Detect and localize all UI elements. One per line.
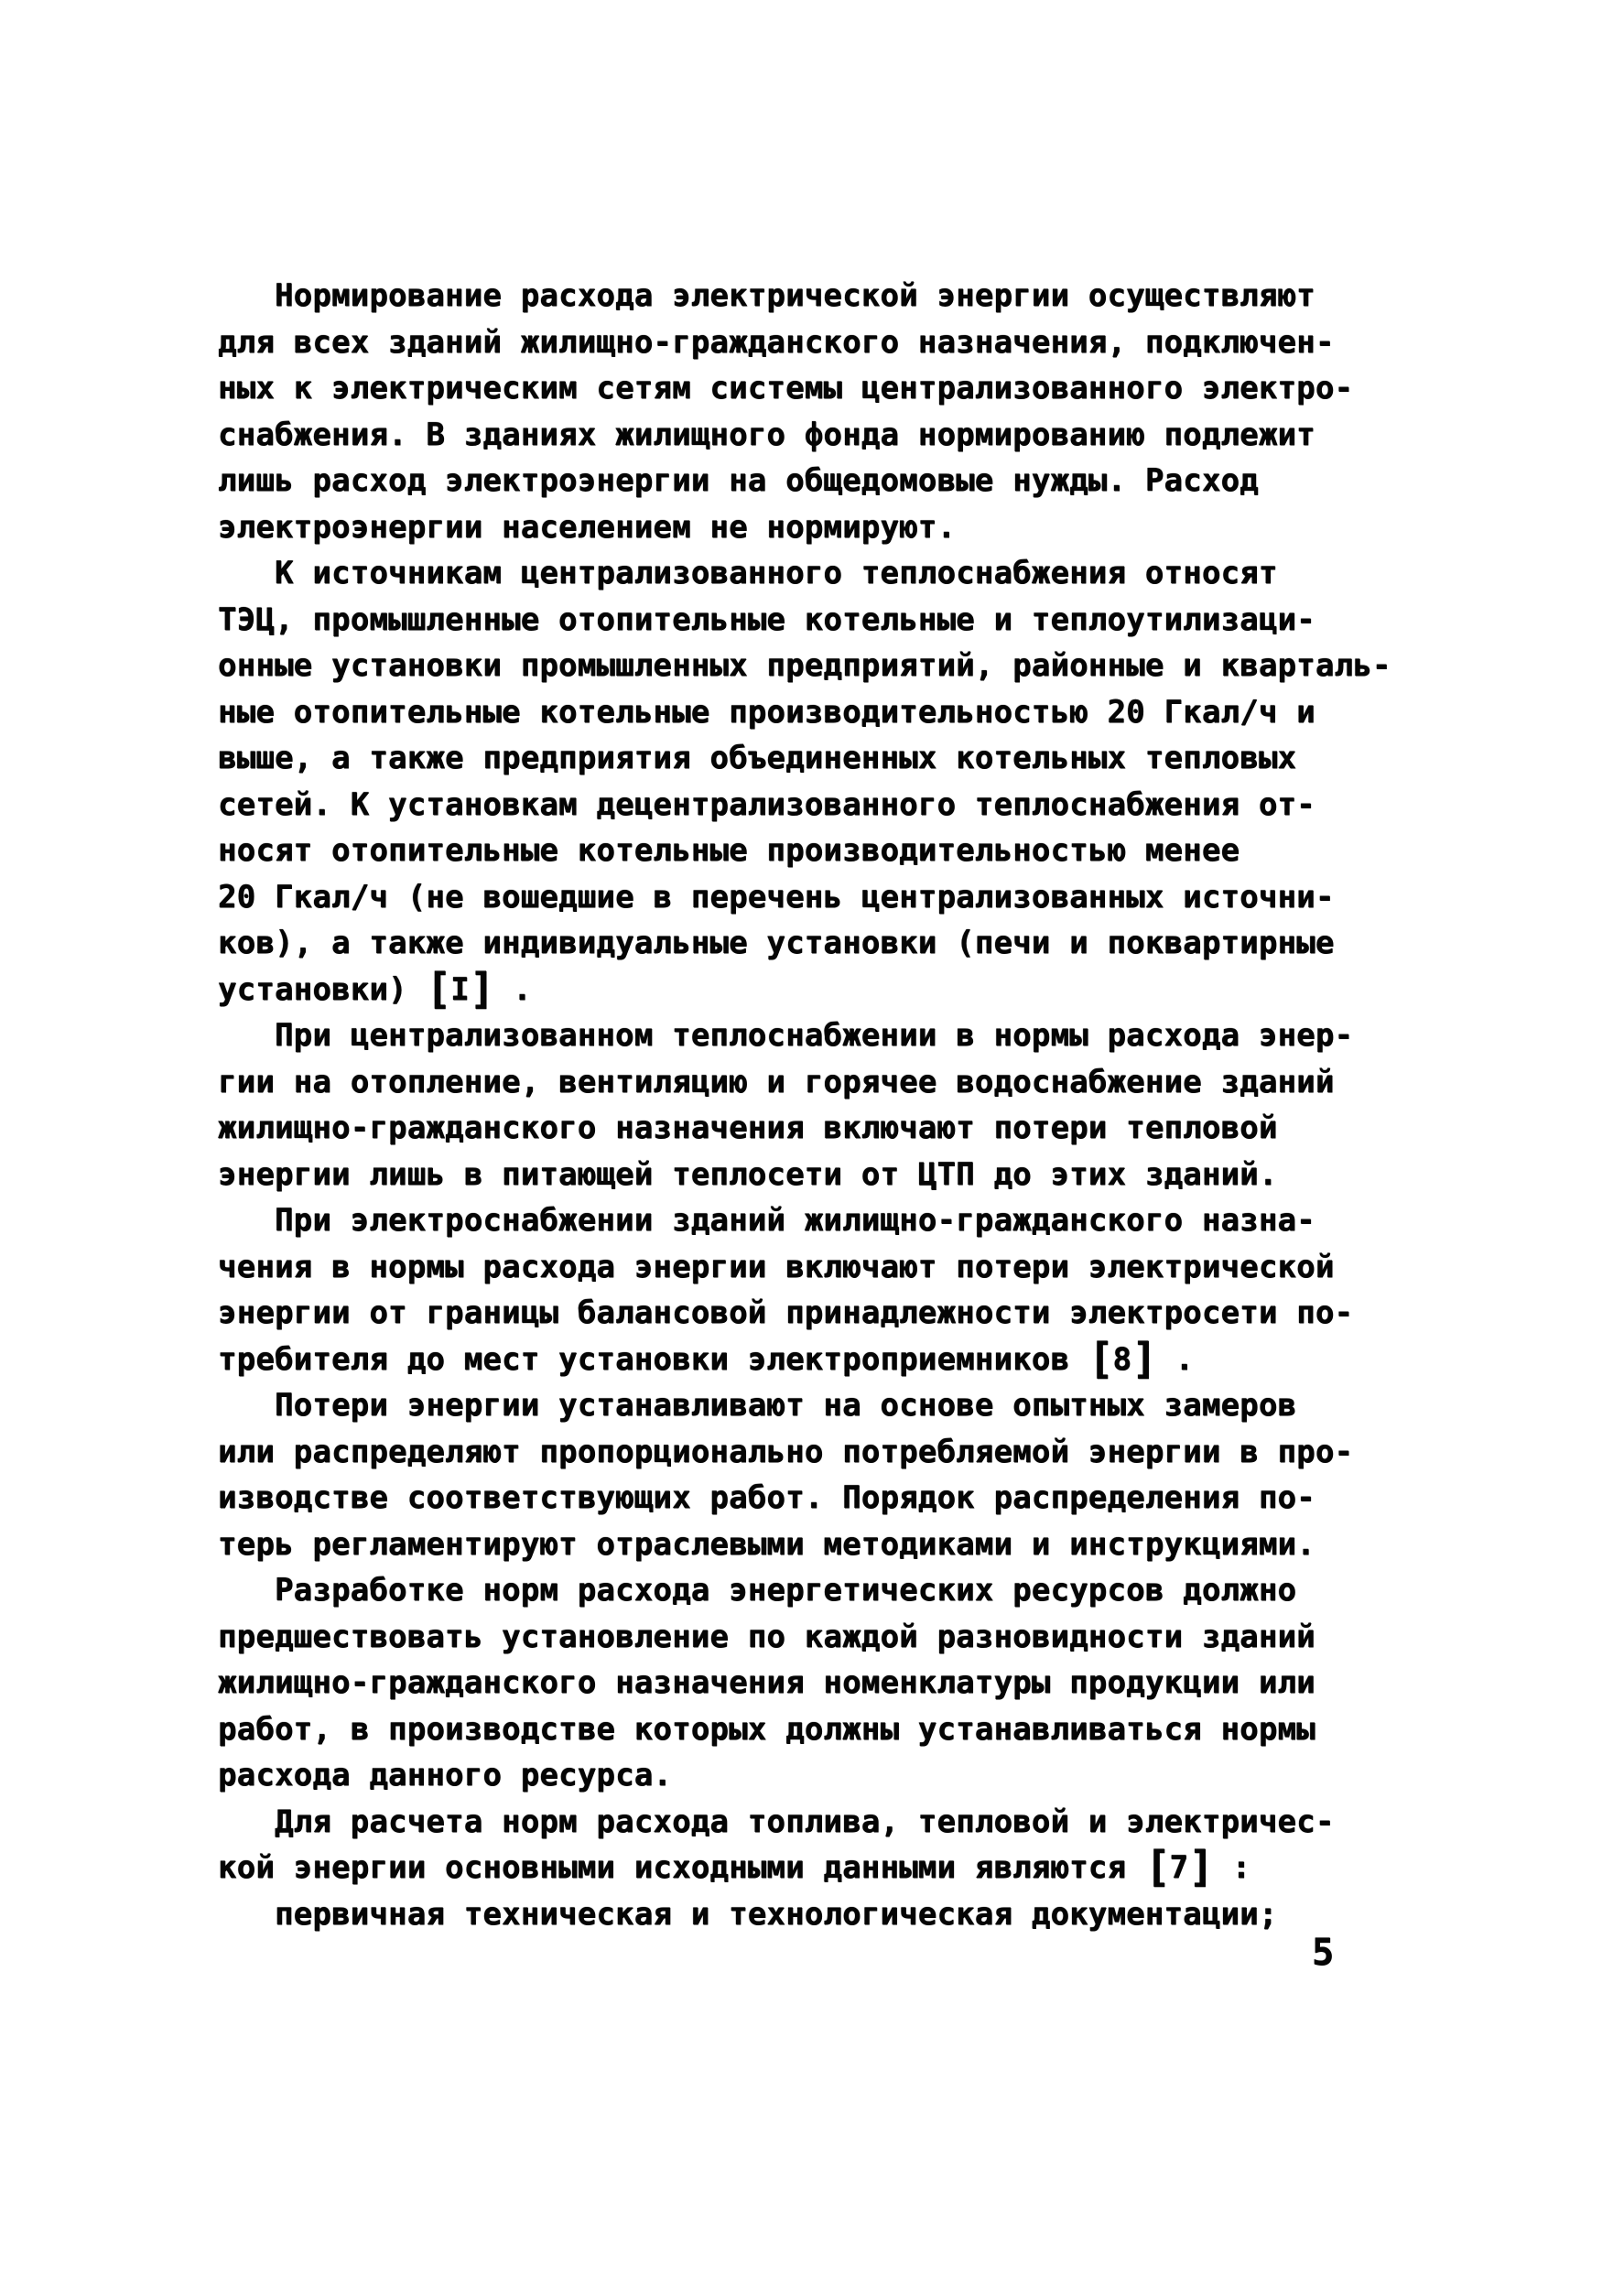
text-line: онные установки промышленных предприятий… xyxy=(218,643,1499,689)
page-number: 5 xyxy=(1312,1932,1334,1974)
reference-bracket: [ xyxy=(1088,1334,1113,1383)
text-line: выше, а также предприятия объединенных к… xyxy=(218,735,1499,782)
text-line: первичная техническая и технологическая … xyxy=(218,1891,1499,1938)
text-line: лишь расход электроэнергии на общедомовы… xyxy=(218,458,1499,504)
text-line: терь регламентируют отраслевыми методика… xyxy=(218,1522,1499,1568)
reference-bracket: ] xyxy=(1188,1842,1213,1891)
body-text: Нормирование расхода электрической энерг… xyxy=(218,273,1499,1937)
text-line: работ, в производстве которых должны уст… xyxy=(218,1706,1499,1753)
text-line: ТЭЦ, промышленные отопительные котельные… xyxy=(218,597,1499,644)
text-line: расхода данного ресурса. xyxy=(218,1752,1499,1799)
text-line: чения в нормы расхода энергии включают п… xyxy=(218,1244,1499,1291)
text-line: носят отопительные котельные производите… xyxy=(218,828,1499,874)
text-line: изводстве соответствующих работ. Порядок… xyxy=(218,1475,1499,1522)
text-line: ков), а также индивидуальные установки (… xyxy=(218,920,1499,967)
text-line: энергии лишь в питающей теплосети от ЦТП… xyxy=(218,1152,1499,1198)
text-line: 20 Гкал/ч (не вошедшие в перечень центра… xyxy=(218,874,1499,921)
text-line: сетей. К установкам децентрализованного … xyxy=(218,782,1499,829)
reference-bracket: [ xyxy=(426,964,450,1013)
text-line: для всех зданий жилищно-гражданского наз… xyxy=(218,320,1499,366)
text-line: предшествовать установление по каждой ра… xyxy=(218,1614,1499,1661)
text-line: При электроснабжении зданий жилищно-граж… xyxy=(218,1197,1499,1244)
text-line: При централизованном теплоснабжении в но… xyxy=(218,1013,1499,1059)
reference-bracket: ] xyxy=(1131,1334,1156,1383)
text-line: требителя до мест установки электроприем… xyxy=(218,1337,1499,1383)
text-line: Для расчета норм расхода топлива, теплов… xyxy=(218,1799,1499,1846)
reference-bracket: ] xyxy=(470,964,494,1013)
text-line: Нормирование расхода электрической энерг… xyxy=(218,273,1499,320)
text-line: снабжения. В зданиях жилищного фонда нор… xyxy=(218,412,1499,459)
text-line: Разработке норм расхода энергетических р… xyxy=(218,1567,1499,1614)
text-line: Потери энергии устанавливают на основе о… xyxy=(218,1382,1499,1429)
text-line: ные отопительные котельные производитель… xyxy=(218,689,1499,736)
text-line: ных к электрическим сетям системы центра… xyxy=(218,365,1499,412)
reference-bracket: [ xyxy=(1145,1842,1170,1891)
text-line: установки) [I] . xyxy=(218,967,1499,1013)
document-page: Нормирование расхода электрической энерг… xyxy=(0,0,1624,2286)
text-line: кой энергии основными исходными данными … xyxy=(218,1845,1499,1891)
text-line: электроэнергии населением не нормируют. xyxy=(218,504,1499,551)
text-line: жилищно-гражданского назначения номенкла… xyxy=(218,1660,1499,1706)
text-line: К источникам централизованного теплоснаб… xyxy=(218,550,1499,597)
text-line: или распределяют пропорционально потребл… xyxy=(218,1429,1499,1476)
text-line: жилищно-гражданского назначения включают… xyxy=(218,1105,1499,1152)
text-line: энергии от границы балансовой принадлежн… xyxy=(218,1290,1499,1337)
text-line: гии на отопление, вентиляцию и горячее в… xyxy=(218,1059,1499,1106)
